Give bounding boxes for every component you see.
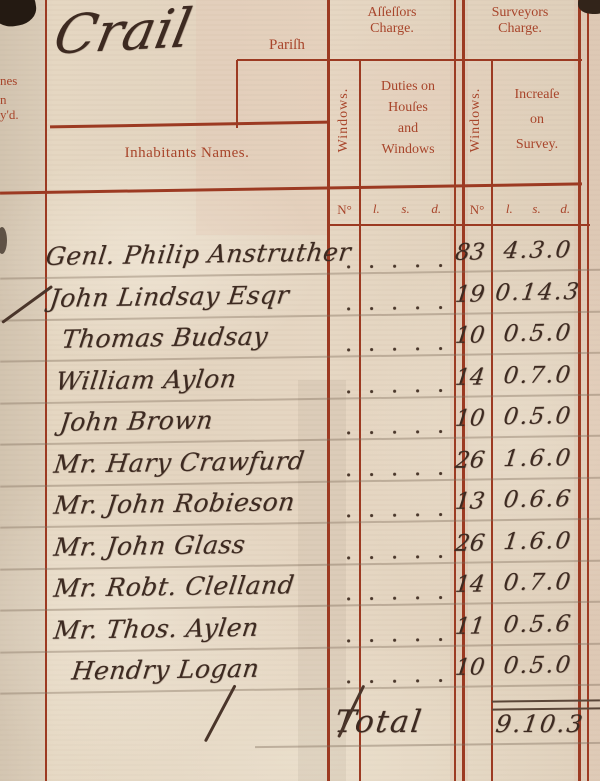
pence-abbr: d.	[560, 202, 570, 217]
dot-leader	[334, 429, 452, 436]
duties-header-line: Duties on	[362, 76, 454, 97]
dot-leader	[334, 512, 452, 519]
dot-leader	[334, 346, 452, 353]
assessors-number-abbr: N°	[331, 203, 358, 218]
dot-leader	[334, 678, 452, 685]
assessors-charge-line1: Aſſeſſors	[330, 5, 454, 21]
inhabitant-name: Mr. Thos. Aylen	[52, 612, 260, 644]
grid-line-horizontal	[50, 121, 328, 129]
parchment-tint	[196, 0, 330, 235]
inhabitant-name: Thomas Budsay	[60, 322, 270, 354]
grid-line-horizontal	[237, 59, 582, 61]
windows-count: 11	[446, 613, 493, 640]
dot-leader	[334, 263, 452, 270]
increase-header: Increaſe on Survey.	[496, 82, 578, 157]
windows-count: 26	[446, 447, 493, 474]
surveyors-charge-amount: 0.14.3	[490, 278, 585, 305]
surveyors-windows-label: Windows.	[468, 60, 484, 180]
window-tax-record-page: Crail Pariſh nes n y'd. Aſſeſſors Charge…	[0, 0, 600, 781]
total-double-rule	[492, 699, 600, 710]
total-baseline-rule	[255, 742, 600, 748]
shillings-abbr: s.	[532, 202, 540, 217]
parish-cell-line	[236, 60, 238, 128]
surveyors-charge-amount: 0.5.6	[490, 610, 585, 637]
assessors-charge-header: Aſſeſſors Charge.	[330, 5, 454, 37]
grid-line-horizontal	[0, 182, 582, 194]
windows-count: 14	[446, 364, 493, 391]
surveyors-lsd-abbr: l. s. d.	[496, 202, 580, 217]
surveyors-charge-amount: 0.5.0	[490, 403, 585, 430]
inhabitant-name: Mr. John Robieson	[52, 487, 297, 520]
assessors-lsd-abbr: l. s. d.	[362, 202, 452, 217]
surveyors-charge-amount: 0.7.0	[490, 361, 585, 388]
windows-count: 13	[446, 488, 493, 515]
inhabitant-name: Genl. Philip Anstruther	[44, 237, 353, 271]
scan-corner-shadow	[578, 0, 600, 14]
windows-count: 10	[446, 654, 493, 681]
inhabitant-name: William Aylon	[54, 364, 238, 396]
surveyors-number-abbr: N°	[463, 203, 491, 218]
surveyors-charge-amount: 1.6.0	[490, 527, 585, 554]
inhabitant-name: Mr. John Glass	[52, 529, 247, 561]
surveyors-charge-header: Surveyors Charge.	[462, 5, 578, 37]
surveyors-charge-amount: 0.5.0	[490, 320, 585, 347]
windows-count: 26	[446, 530, 493, 557]
dot-leader	[334, 470, 452, 477]
inhabitants-names-header: Inhabitants Names.	[46, 145, 328, 162]
duties-header-line: and	[362, 118, 454, 139]
windows-count: 19	[446, 281, 493, 308]
pounds-abbr: l.	[506, 202, 513, 217]
increase-header-line: on	[496, 107, 578, 132]
dot-leader	[334, 387, 452, 394]
duties-header-line: Windows	[362, 139, 454, 160]
total-amount: 9.10.3	[490, 710, 590, 738]
windows-count: 10	[446, 405, 493, 432]
dot-leader	[334, 595, 452, 602]
assessors-windows-label: Windows.	[336, 60, 352, 180]
surveyors-charge-amount: 1.6.0	[490, 444, 585, 471]
margin-fragment: nes	[0, 74, 17, 89]
increase-header-line: Survey.	[496, 132, 578, 157]
inhabitant-name: Mr. Robt. Clelland	[52, 570, 296, 603]
table-row: Hendry Logan 10 0.5.0	[0, 647, 600, 698]
windows-count: 83	[446, 239, 493, 266]
dot-leader	[334, 553, 452, 560]
dot-leader	[334, 304, 452, 311]
inhabitant-name: John Brown	[58, 405, 215, 436]
inhabitant-name: John Lindsay Esqr	[48, 280, 291, 313]
pounds-abbr: l.	[373, 202, 380, 217]
parish-label: Pariſh	[269, 37, 305, 54]
inhabitant-name: Hendry Logan	[70, 654, 261, 686]
assessors-charge-line2: Charge.	[330, 21, 454, 37]
increase-header-line: Increaſe	[496, 82, 578, 107]
inhabitant-name: Mr. Hary Crawfurd	[52, 446, 306, 479]
surveyors-charge-line2: Charge.	[462, 21, 578, 37]
pence-abbr: d.	[431, 202, 441, 217]
surveyors-charge-amount: 0.7.0	[490, 569, 585, 596]
surveyors-charge-line1: Surveyors	[462, 5, 578, 21]
margin-fragment: n	[0, 93, 7, 108]
duties-header-line: Houſes	[362, 97, 454, 118]
windows-count: 10	[446, 322, 493, 349]
surveyors-charge-amount: 4.3.0	[490, 237, 585, 264]
scan-corner-shadow	[0, 0, 39, 29]
surveyors-charge-amount: 0.6.6	[490, 486, 585, 513]
dot-leader	[334, 636, 452, 643]
duties-header: Duties on Houſes and Windows	[362, 76, 454, 160]
surveyors-charge-amount: 0.5.0	[490, 652, 585, 679]
grid-line-horizontal	[328, 224, 590, 226]
margin-fragment: y'd.	[0, 108, 19, 123]
windows-count: 14	[446, 571, 493, 598]
shillings-abbr: s.	[401, 202, 409, 217]
parish-name-script: Crail	[49, 0, 197, 66]
